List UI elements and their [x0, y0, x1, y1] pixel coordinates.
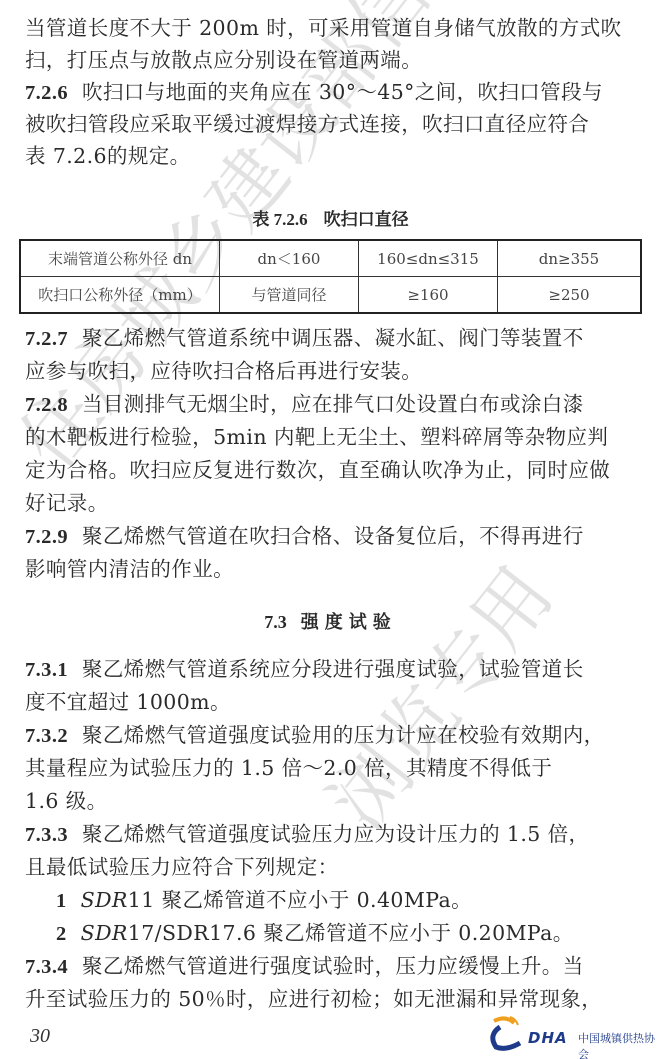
paragraph-line: 影响管内清洁的作业。 — [25, 555, 637, 583]
clause-text: 吹扫口与地面的夹角应在 30°～45°之间，吹扫口管段与 — [82, 80, 603, 104]
list-item: 2SDR17/SDR17.6 聚乙烯管道不应小于 0.20MPa。 — [56, 919, 661, 948]
list-number: 1 — [56, 890, 67, 912]
clause-text: 聚乙烯燃气管道强度试验压力应为设计压力的 1.5 倍， — [82, 822, 589, 846]
section-title: 强度试验 — [301, 612, 397, 633]
document-page: 住房城乡建设部信息公开 浏览专用 当管道长度不大于 200m 时，可采用管道自身… — [0, 0, 661, 1059]
clause-7-2-6: 7.2.6吹扫口与地面的夹角应在 30°～45°之间，吹扫口管段与 — [25, 78, 637, 107]
publisher-logo: DHA 中国城镇供热协会 — [480, 1013, 660, 1053]
list-text: 11 聚乙烯管道不应小于 0.40MPa。 — [128, 888, 472, 912]
clause-7-3-4: 7.3.4聚乙烯燃气管道进行强度试验时，压力应缓慢上升。当 — [25, 952, 637, 981]
table-cell: 吹扫口公称外径（mm） — [20, 277, 220, 314]
clause-number: 7.2.7 — [25, 328, 68, 350]
clause-number: 7.2.6 — [25, 82, 68, 104]
paragraph-line: 扫，打压点与放散点应分别设在管道两端。 — [25, 46, 637, 74]
paragraph-line: 其量程应为试验压力的 1.5 倍～2.0 倍，其精度不得低于 — [25, 754, 637, 782]
clause-text: 聚乙烯燃气管道进行强度试验时，压力应缓慢上升。当 — [82, 954, 584, 978]
paragraph-line: 当管道长度不大于 200m 时，可采用管道自身储气放散的方式吹 — [25, 14, 637, 42]
clause-7-2-9: 7.2.9聚乙烯燃气管道在吹扫合格、设备复位后，不得再进行 — [25, 522, 637, 551]
table-caption: 表 7.2.6吹扫口直径 — [0, 205, 661, 230]
logo-name: 中国城镇供热协会 — [578, 1030, 660, 1059]
clause-text: 聚乙烯燃气管道系统应分段进行强度试验，试验管道长 — [82, 657, 584, 681]
clause-number: 7.3.4 — [25, 956, 68, 978]
clause-number: 7.3.2 — [25, 725, 68, 747]
page-number: 30 — [30, 1025, 50, 1048]
paragraph-line: 1.6 级。 — [25, 787, 637, 815]
table-caption-number: 表 7.2.6 — [252, 210, 307, 229]
list-item: 1SDR11 聚乙烯管道不应小于 0.40MPa。 — [56, 886, 661, 915]
clause-number: 7.2.8 — [25, 394, 68, 416]
table-row: 末端管道公称外径 dn dn＜160 160≤dn≤315 dn≥355 — [20, 240, 641, 277]
paragraph-line: 表 7.2.6的规定。 — [25, 142, 637, 170]
table-cell: 与管道同径 — [220, 277, 359, 314]
paragraph-line: 应参与吹扫，应待吹扫合格后再进行安装。 — [25, 357, 637, 385]
clause-7-2-7: 7.2.7聚乙烯燃气管道系统中调压器、凝水缸、阀门等装置不 — [25, 324, 637, 353]
paragraph-line: 好记录。 — [25, 489, 637, 517]
table-cell: ≥160 — [359, 277, 498, 314]
paragraph-line: 且最低试验压力应符合下列规定： — [25, 853, 637, 881]
sdr-label: SDR — [81, 888, 128, 912]
clause-7-2-8: 7.2.8当目测排气无烟尘时，应在排气口处设置白布或涂白漆 — [25, 390, 637, 419]
table-caption-title: 吹扫口直径 — [324, 210, 409, 230]
clause-number: 7.2.9 — [25, 526, 68, 548]
paragraph-line: 的木靶板进行检验，5min 内靶上无尘土、塑料碎屑等杂物应判 — [25, 423, 637, 451]
paragraph-line: 升至试验压力的 50％时，应进行初检；如无泄漏和异常现象， — [25, 985, 637, 1013]
clause-text: 聚乙烯燃气管道系统中调压器、凝水缸、阀门等装置不 — [82, 326, 584, 350]
clause-text: 当目测排气无烟尘时，应在排气口处设置白布或涂白漆 — [82, 392, 584, 416]
section-heading: 7.3强度试验 — [0, 608, 661, 634]
clause-7-3-1: 7.3.1聚乙烯燃气管道系统应分段进行强度试验，试验管道长 — [25, 655, 637, 684]
table-row: 吹扫口公称外径（mm） 与管道同径 ≥160 ≥250 — [20, 277, 641, 314]
paragraph-line: 被吹扫管段应采取平缓过渡焊接方式连接，吹扫口直径应符合 — [25, 110, 637, 138]
section-number: 7.3 — [264, 612, 287, 632]
sdr-label: SDR — [81, 921, 128, 945]
clause-7-3-2: 7.3.2聚乙烯燃气管道强度试验用的压力计应在校验有效期内， — [25, 721, 637, 750]
clause-text: 聚乙烯燃气管道强度试验用的压力计应在校验有效期内， — [82, 723, 605, 747]
table-cell: dn≥355 — [498, 240, 642, 277]
table-cell: 160≤dn≤315 — [359, 240, 498, 277]
paragraph-line: 定为合格。吹扫应反复进行数次，直至确认吹净为止，同时应做 — [25, 456, 637, 484]
logo-abbr: DHA — [528, 1029, 568, 1047]
clause-number: 7.3.3 — [25, 824, 68, 846]
purge-port-diameter-table: 末端管道公称外径 dn dn＜160 160≤dn≤315 dn≥355 吹扫口… — [19, 239, 642, 314]
table-cell: dn＜160 — [220, 240, 359, 277]
paragraph-line: 度不宜超过 1000m。 — [25, 688, 637, 716]
table-cell: ≥250 — [498, 277, 642, 314]
logo-swoosh-icon — [480, 1013, 528, 1053]
clause-number: 7.3.1 — [25, 659, 68, 681]
list-text: 17/SDR17.6 聚乙烯管道不应小于 0.20MPa。 — [128, 921, 574, 945]
clause-text: 聚乙烯燃气管道在吹扫合格、设备复位后，不得再进行 — [82, 524, 584, 548]
clause-7-3-3: 7.3.3聚乙烯燃气管道强度试验压力应为设计压力的 1.5 倍， — [25, 820, 637, 849]
table-cell: 末端管道公称外径 dn — [20, 240, 220, 277]
list-number: 2 — [56, 923, 67, 945]
